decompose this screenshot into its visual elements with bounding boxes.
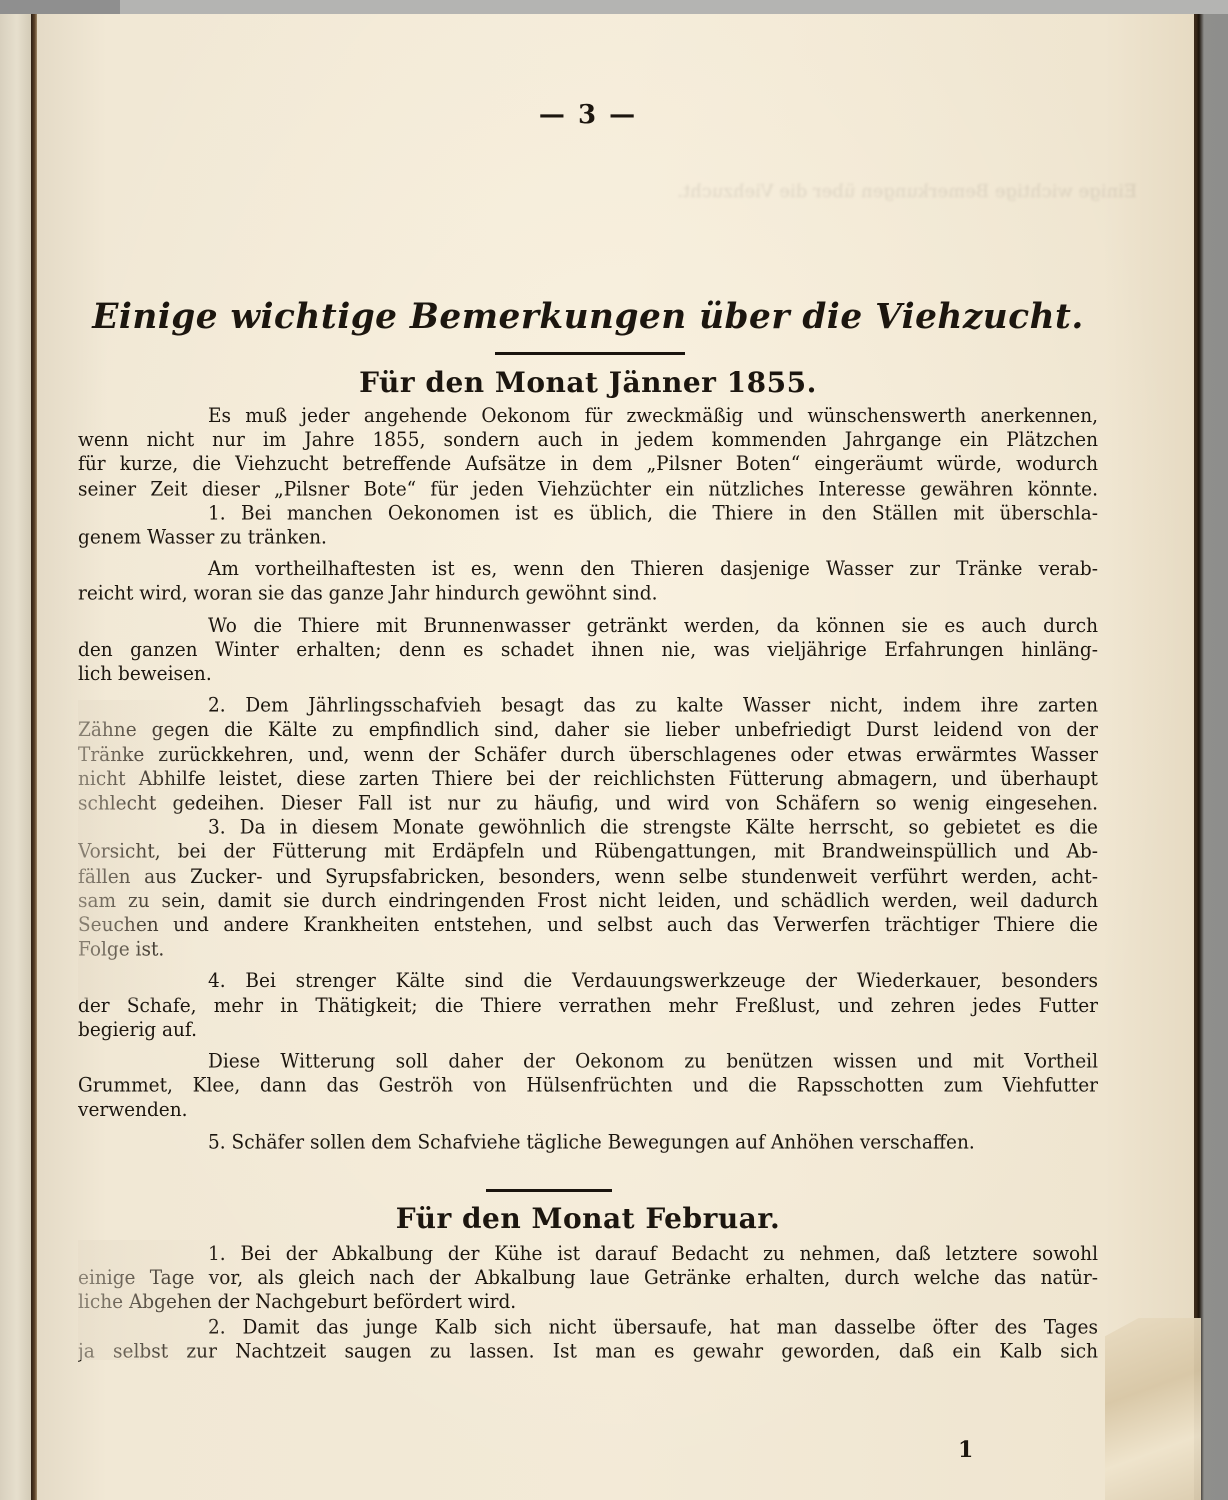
text-line: liche Abgehen der Nachgeburt befördert w… (78, 1291, 1098, 1315)
page-number-bottom: 1 (958, 1437, 973, 1463)
text-line: schlecht gedeihen. Dieser Fall ist nur z… (78, 791, 1098, 815)
page-number-top: — 3 — (78, 100, 1098, 140)
folded-page-corner (1105, 1318, 1201, 1500)
text-line: 5. Schäfer sollen dem Schafviehe täglich… (78, 1130, 1098, 1154)
text-line: genem Wasser zu tränken. (78, 526, 1098, 550)
text-line: Es muß jeder angehende Oekonom für zweck… (78, 404, 1098, 428)
main-title: Einige wichtige Bemerkungen über die Vie… (88, 296, 1088, 337)
text-line: 1. Bei der Abkalbung der Kühe ist darauf… (78, 1242, 1098, 1266)
section-body-february: 1. Bei der Abkalbung der Kühe ist darauf… (78, 1242, 1098, 1364)
text-line: Wo die Thiere mit Brunnenwasser getränkt… (78, 614, 1098, 638)
section-body-january: Es muß jeder angehende Oekonom für zweck… (78, 404, 1098, 1155)
text-line: den ganzen Winter erhalten; denn es scha… (78, 638, 1098, 662)
text-line: 2. Dem Jährlingsschafvieh besagt das zu … (78, 694, 1098, 718)
text-line: verwenden. (78, 1099, 1098, 1123)
text-line: begierig auf. (78, 1018, 1098, 1042)
text-line: 2. Damit das junge Kalb sich nicht übers… (78, 1315, 1098, 1339)
text-line: Seuchen und andere Krankheiten entstehen… (78, 913, 1098, 937)
section-title-january: Für den Monat Jänner 1855. (78, 366, 1098, 399)
page-content: — 3 — Einige wichtige Bemerkungen über d… (78, 100, 1098, 140)
text-line: Diese Witterung soll daher der Oekonom z… (78, 1050, 1098, 1074)
section-rule (486, 1189, 612, 1192)
text-line: Zähne gegen die Kälte zu empfindlich sin… (78, 718, 1098, 742)
text-line: 4. Bei strenger Kälte sind die Verdauung… (78, 969, 1098, 993)
scanner-top-strip-light (120, 0, 1228, 14)
text-line: für kurze, die Viehzucht betreffende Auf… (78, 453, 1098, 477)
text-line: Vorsicht, bei der Fütterung mit Erdäpfel… (78, 840, 1098, 864)
facing-page-edge (0, 14, 34, 1500)
text-line: lich beweisen. (78, 662, 1098, 686)
text-line: 1. Bei manchen Oekonomen ist es üblich, … (78, 501, 1098, 525)
text-line: wenn nicht nur im Jahre 1855, sondern au… (78, 428, 1098, 452)
text-line: Grummet, Klee, dann das Geströh von Hüls… (78, 1074, 1098, 1098)
text-line: nicht Abhilfe leistet, diese zarten Thie… (78, 767, 1098, 791)
text-line: Tränke zurückkehren, und, wenn der Schäf… (78, 743, 1098, 767)
text-line: Folge ist. (78, 938, 1098, 962)
text-line: 3. Da in diesem Monate gewöhnlich die st… (78, 816, 1098, 840)
text-line: einige Tage vor, als gleich nach der Abk… (78, 1266, 1098, 1290)
section-title-february: Für den Monat Februar. (78, 1202, 1098, 1235)
page-right-edge (1196, 14, 1228, 1500)
text-line: reicht wird, woran sie das ganze Jahr hi… (78, 582, 1098, 606)
text-line: seiner Zeit dieser „Pilsner Bote“ für je… (78, 477, 1098, 501)
text-line: ja selbst zur Nachtzeit saugen zu lassen… (78, 1339, 1098, 1363)
title-rule (495, 352, 685, 355)
text-line: sam zu sein, damit sie durch eindringend… (78, 889, 1098, 913)
text-line: fällen aus Zucker- und Syrupsfabricken, … (78, 865, 1098, 889)
text-line: der Schafe, mehr in Thätigkeit; die Thie… (78, 994, 1098, 1018)
text-line: Am vortheilhaftesten ist es, wenn den Th… (78, 558, 1098, 582)
